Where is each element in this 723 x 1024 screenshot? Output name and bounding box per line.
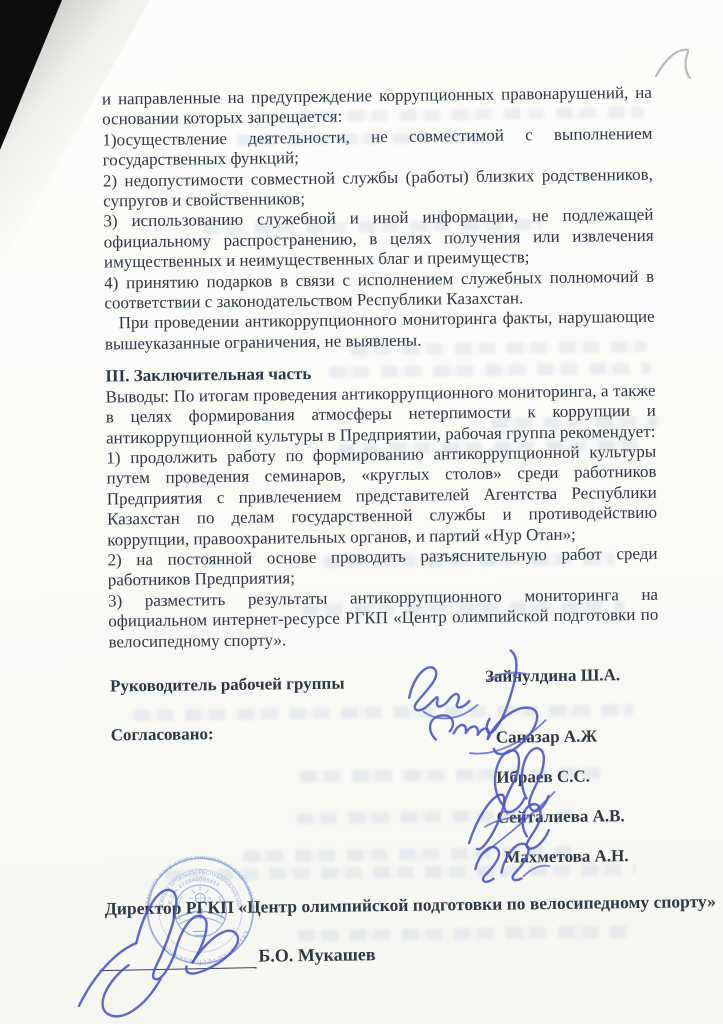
paragraph-recommendation-3: 3) разместить результаты антикоррупционн… (108, 584, 659, 652)
paragraph-item-4: 4) принятию подарков в связи с исполнени… (104, 266, 654, 314)
label-working-group-leader: Руководитель рабочей группы (110, 674, 345, 697)
scanned-document: МӘДЕНИЕТ ЖӘНЕ СПОРТ МИНИСТРЛІГІ СПОРТ ЖӘ… (0, 0, 723, 1024)
bleed-through-text (298, 926, 628, 941)
page-content: МӘДЕНИЕТ ЖӘНЕ СПОРТ МИНИСТРЛІГІ СПОРТ ЖӘ… (0, 0, 723, 1024)
signature-mukashev (63, 853, 320, 1024)
label-agreed: Согласовано: (111, 724, 214, 745)
paragraph-item-1: 1)осуществление деятельности, не совмест… (102, 124, 652, 172)
paragraph-item-3: 3) использованию служебной и иной информ… (103, 205, 654, 273)
paragraph-recommendation-2: 2) на постоянной основе проводить разъяс… (107, 544, 657, 592)
paragraph-item-2: 2) недопустимости совместной службы (раб… (103, 164, 653, 212)
signature-makhmetova (461, 824, 557, 891)
paragraph-conclusions: Выводы: По итогам проведения антикоррупц… (105, 380, 656, 448)
stray-pen-mark (648, 42, 700, 86)
paragraph-intro: и направленные на предупреждение коррупц… (102, 83, 652, 131)
bleed-through-text (492, 416, 658, 429)
paragraph-recommendation-1: 1) продолжить работу по формированию ант… (106, 442, 657, 551)
